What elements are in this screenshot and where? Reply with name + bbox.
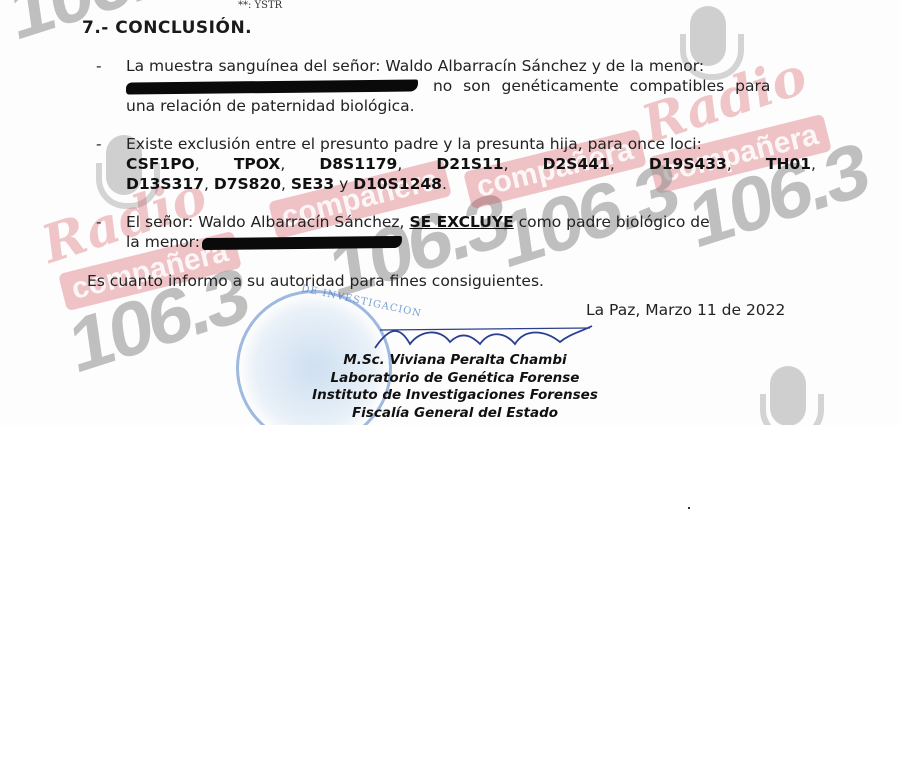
locus: D7S820, bbox=[214, 175, 291, 193]
locus: TPOX, bbox=[234, 154, 285, 174]
speck bbox=[688, 507, 690, 509]
exclusion-emphasis: SE EXCLUYE bbox=[409, 213, 513, 231]
locus: D8S1179, bbox=[319, 154, 402, 174]
loci-list: CSF1PO,TPOX,D8S1179,D21S11,D2S441,D19S43… bbox=[126, 154, 816, 174]
footnote: **: YSTR bbox=[238, 0, 282, 11]
signer-block: M.Sc. Viviana Peralta Chambi Laboratorio… bbox=[290, 352, 620, 422]
item-text-line: Existe exclusión entre el presunto padre… bbox=[126, 134, 816, 154]
locus: D21S11, bbox=[436, 154, 508, 174]
handwritten-signature bbox=[370, 322, 595, 352]
signer-institute: Instituto de Investigaciones Forenses bbox=[290, 387, 620, 405]
signer-lab: Laboratorio de Genética Forense bbox=[290, 370, 620, 388]
item-text-line: El señor: Waldo Albarracín Sánchez, SE E… bbox=[126, 212, 816, 232]
locus: TH01, bbox=[766, 154, 816, 174]
item-text-line: La muestra sanguínea del señor: Waldo Al… bbox=[126, 56, 816, 76]
locus: D19S433, bbox=[649, 154, 732, 174]
item-text-line: una relación de paternidad biológica. bbox=[126, 96, 816, 116]
redacted-name bbox=[126, 79, 418, 94]
locus: CSF1PO, bbox=[126, 154, 200, 174]
loci-list: D13S317, D7S820, SE33 y D10S1248. bbox=[126, 174, 816, 194]
signer-agency: Fiscalía General del Estado bbox=[290, 405, 620, 423]
bullet-dash: - bbox=[96, 212, 110, 232]
locus: D10S1248. bbox=[353, 175, 447, 193]
closing-statement: Es cuanto informo a su autoridad para fi… bbox=[87, 272, 544, 290]
document-page: 106.3 Radio compañera 106.3 Radio compañ… bbox=[0, 0, 900, 425]
redacted-name bbox=[202, 235, 402, 249]
locus: D13S317, bbox=[126, 175, 214, 193]
locus: SE33 y bbox=[291, 175, 353, 193]
place-date: La Paz, Marzo 11 de 2022 bbox=[586, 301, 785, 319]
signer-name: M.Sc. Viviana Peralta Chambi bbox=[290, 352, 620, 370]
locus: D2S441, bbox=[543, 154, 615, 174]
bullet-dash: - bbox=[96, 56, 110, 76]
microphone-icon bbox=[770, 366, 806, 425]
watermark-frequency: 106.3 bbox=[65, 249, 251, 392]
item-text-line: la menor: bbox=[126, 232, 816, 252]
section-heading: 7.- CONCLUSIÓN. bbox=[82, 18, 252, 38]
bullet-dash: - bbox=[96, 134, 110, 154]
item-text-line: no son genéticamente compatibles para bbox=[126, 76, 816, 96]
